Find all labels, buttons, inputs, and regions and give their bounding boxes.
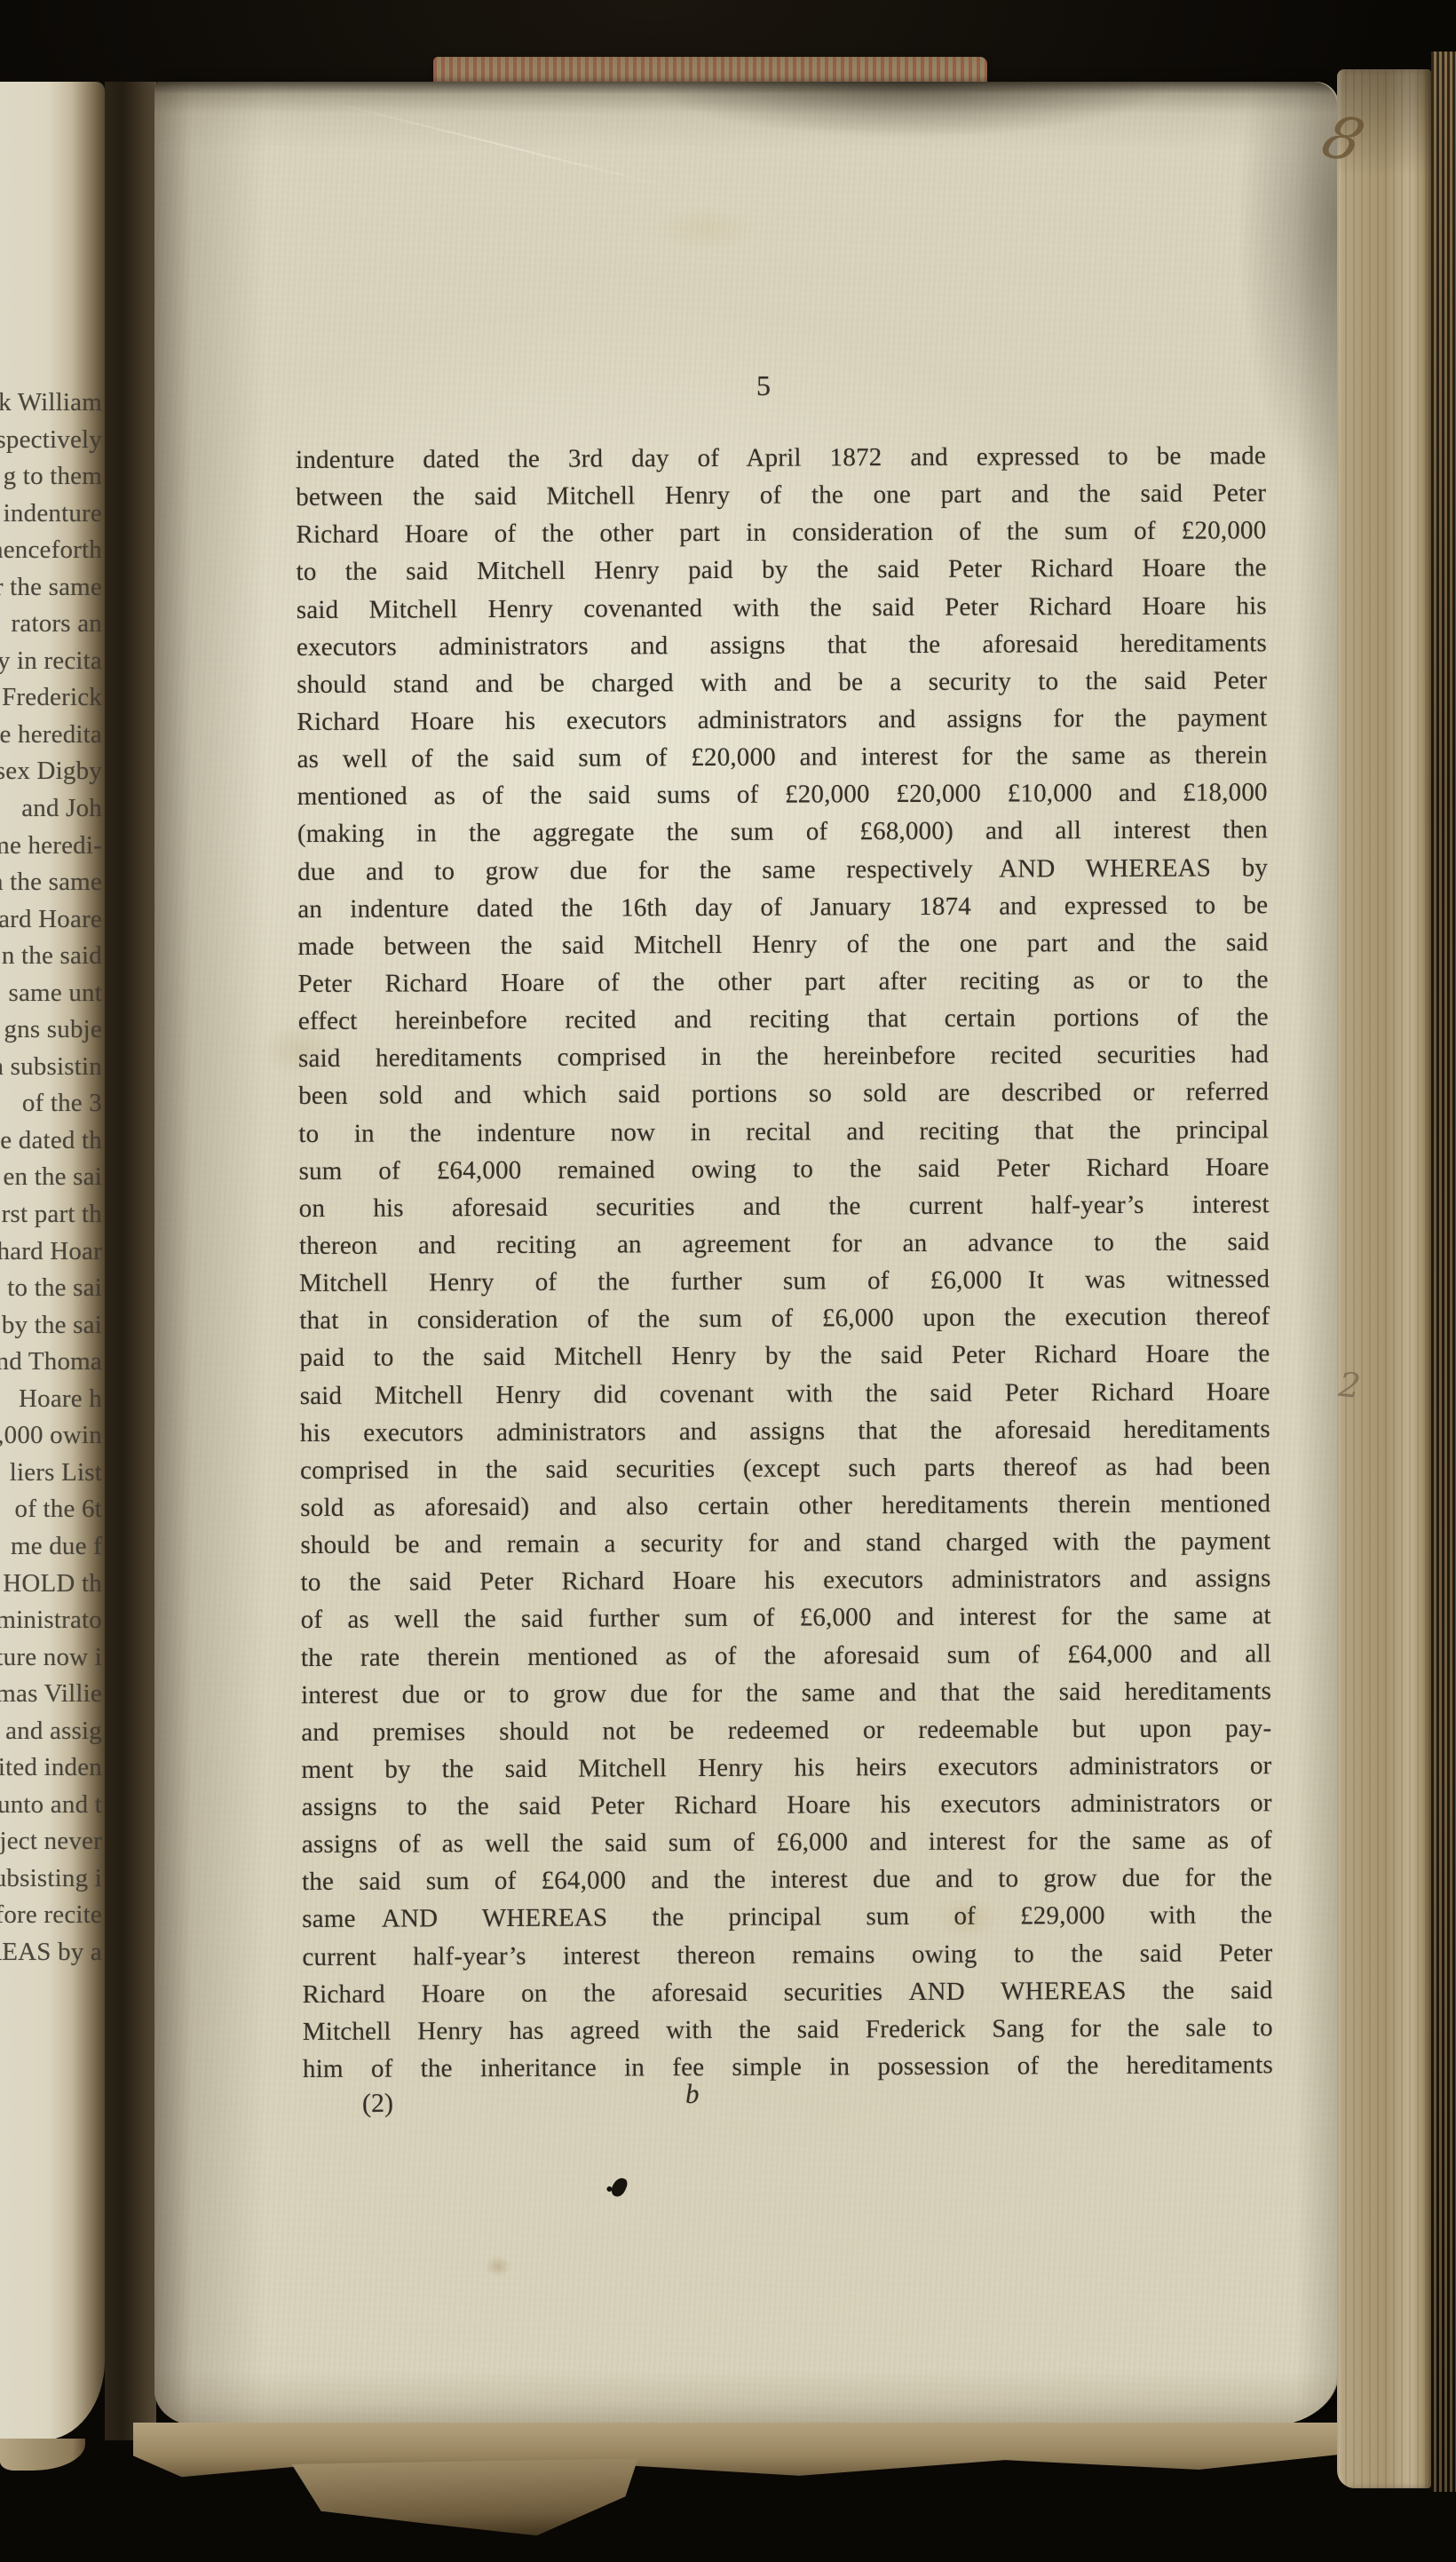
text-line: between the said Mitchell Henry of the o…	[296, 479, 1266, 520]
text-fragment: s and assig	[0, 1717, 102, 1754]
text-fragment: Hoare h	[0, 1384, 102, 1422]
text-fragment: mas Villie	[0, 1679, 102, 1717]
text-fragment: gns subje	[0, 1015, 102, 1052]
footer-signature-mark: b	[685, 2078, 700, 2110]
text-line: sold as aforesaid) and also certain othe…	[300, 1489, 1270, 1531]
text-line: said hereditaments comprised in the here…	[298, 1040, 1269, 1082]
text-fragment: of the 6t	[0, 1495, 102, 1532]
text-line: should stand and be charged with and be …	[297, 666, 1267, 708]
text-fragment: indenture	[0, 499, 102, 536]
under-pages-right-edge	[1337, 69, 1431, 2488]
text-fragment: and Joh	[0, 794, 102, 831]
text-fragment: en the sai	[0, 1162, 102, 1200]
text-fragment: HOLD th	[0, 1569, 102, 1606]
text-line: thereon and reciting an agreement for an…	[299, 1227, 1270, 1269]
text-line: him of the inheritance in fee simple in …	[303, 2050, 1273, 2092]
text-line: made between the said Mitchell Henry of …	[297, 928, 1268, 970]
torn-page-flap	[292, 2452, 641, 2544]
text-fragment: REAS by a	[0, 1938, 102, 1975]
text-fragment: k William	[0, 388, 102, 425]
text-line: (making in the aggregate the sum of £68,…	[297, 816, 1268, 858]
text-line: to in the indenture now in recital and r…	[298, 1115, 1269, 1157]
text-fragment: Frederick	[0, 683, 102, 720]
text-fragment: fore recite	[0, 1900, 102, 1938]
text-line: of as well the said further sum of £6,00…	[301, 1602, 1271, 1644]
facing-page-text-fragments: k William spectively g to them indenture…	[0, 388, 102, 1975]
text-fragment: me due f	[0, 1532, 102, 1569]
text-line: paid to the said Mitchell Henry by the s…	[299, 1340, 1270, 1382]
text-fragment: ministrato	[0, 1606, 102, 1643]
text-fragment: g to them	[0, 462, 102, 499]
pencil-numeral: 2	[1337, 1365, 1363, 1406]
text-line: the rate therein mentioned as of the afo…	[301, 1639, 1271, 1681]
book-page-scan: k William spectively g to them indenture…	[0, 0, 1456, 2562]
text-fragment: by the sai	[0, 1311, 102, 1348]
text-line: to the said Mitchell Henry paid by the s…	[297, 554, 1267, 596]
text-line: executors administrators and assigns tha…	[297, 629, 1267, 670]
text-line: to the said Peter Richard Hoare his exec…	[301, 1564, 1271, 1606]
text-fragment: henceforth	[0, 535, 102, 573]
text-fragment: same unt	[0, 979, 102, 1016]
text-line: due and to grow due for the same respect…	[297, 853, 1268, 895]
text-line: Richard Hoare on the aforesaid securitie…	[303, 1976, 1273, 2018]
text-fragment: to the sai	[0, 1273, 102, 1311]
text-line: current half-year’s interest thereon rem…	[302, 1939, 1272, 1980]
text-fragment: hard Hoar	[0, 1237, 102, 1274]
text-fragment: ture now i	[0, 1643, 102, 1680]
text-line: that in consideration of the sum of £6,0…	[299, 1302, 1270, 1344]
text-fragment: e dated th	[0, 1126, 102, 1163]
text-line: and premises should not be redeemed or r…	[301, 1714, 1271, 1756]
text-fragment: n subsistin	[0, 1052, 102, 1090]
footer-sheet-number: (2)	[362, 2089, 394, 2120]
foxing-stain	[652, 206, 758, 250]
text-line: mentioned as of the said sums of £20,000…	[297, 778, 1268, 820]
text-fragment: of the 3	[0, 1089, 102, 1126]
surface-scratch	[320, 99, 682, 191]
text-line: indenture dated the 3rd day of April 187…	[296, 441, 1266, 483]
page-number: 5	[737, 369, 790, 402]
text-line: as well of the said sum of £20,000 and i…	[297, 741, 1267, 782]
text-fragment: bject never	[0, 1827, 102, 1864]
text-fragment: rators an	[0, 609, 102, 646]
text-line: been sold and which said portions so sol…	[298, 1078, 1269, 1120]
text-fragment: r the same	[0, 573, 102, 610]
text-line: assigns to the said Peter Richard Hoare …	[302, 1789, 1272, 1830]
fore-edge	[1431, 52, 1456, 2492]
text-fragment: cited inden	[0, 1753, 102, 1790]
text-fragment: unto and t	[0, 1790, 102, 1828]
text-fragment: n the same	[0, 868, 102, 905]
text-line: Richard Hoare of the other part in consi…	[296, 517, 1266, 559]
text-fragment: liers List	[0, 1458, 102, 1495]
text-fragment: ,000 owin	[0, 1421, 102, 1458]
text-line: the said sum of £64,000 and the interest…	[302, 1864, 1272, 1906]
text-line: Mitchell Henry has agreed with the said …	[303, 2013, 1273, 2055]
text-fragment: spectively	[0, 425, 102, 463]
book-gutter-shadow	[105, 82, 156, 2440]
text-line: Peter Richard Hoare of the other part af…	[298, 965, 1269, 1007]
text-fragment: nd Thoma	[0, 1347, 102, 1384]
text-line: on his aforesaid securities and the curr…	[299, 1190, 1270, 1232]
text-line: said Mitchell Henry covenanted with the …	[297, 591, 1267, 633]
text-line: said Mitchell Henry did covenant with th…	[300, 1377, 1270, 1419]
text-line: same AND WHEREAS the principal sum of £2…	[302, 1901, 1272, 1943]
text-fragment: n the said	[0, 941, 102, 979]
text-line: Mitchell Henry of the further sum of £6,…	[299, 1265, 1270, 1306]
text-fragment: sex Digby	[0, 757, 102, 794]
text-line: ment by the said Mitchell Henry his heir…	[301, 1751, 1271, 1793]
text-line: an indenture dated the 16th day of Janua…	[297, 891, 1268, 932]
text-line: his executors administrators and assigns…	[300, 1415, 1270, 1456]
text-line: sum of £64,000 remained owing to the sai…	[298, 1153, 1269, 1194]
text-line: effect hereinbefore recited and reciting…	[298, 1003, 1269, 1044]
foxing-stain	[485, 2256, 511, 2277]
text-line: should be and remain a security for and …	[300, 1527, 1270, 1568]
body-text: indenture dated the 3rd day of April 187…	[296, 441, 1273, 2092]
text-line: interest due or to grow due for the same…	[301, 1677, 1271, 1718]
text-fragment: subsisting i	[0, 1864, 102, 1901]
text-fragment: me heredi-	[0, 831, 102, 869]
text-line: Richard Hoare his executors administrato…	[297, 703, 1267, 745]
text-fragment: e heredita	[0, 720, 102, 757]
text-fragment: hard Hoare	[0, 905, 102, 942]
text-line: comprised in the said securities (except…	[300, 1452, 1270, 1494]
text-fragment: rst part th	[0, 1200, 102, 1237]
text-fragment: y in recita	[0, 646, 102, 684]
text-line: assigns of as well the said sum of £6,00…	[302, 1826, 1272, 1868]
